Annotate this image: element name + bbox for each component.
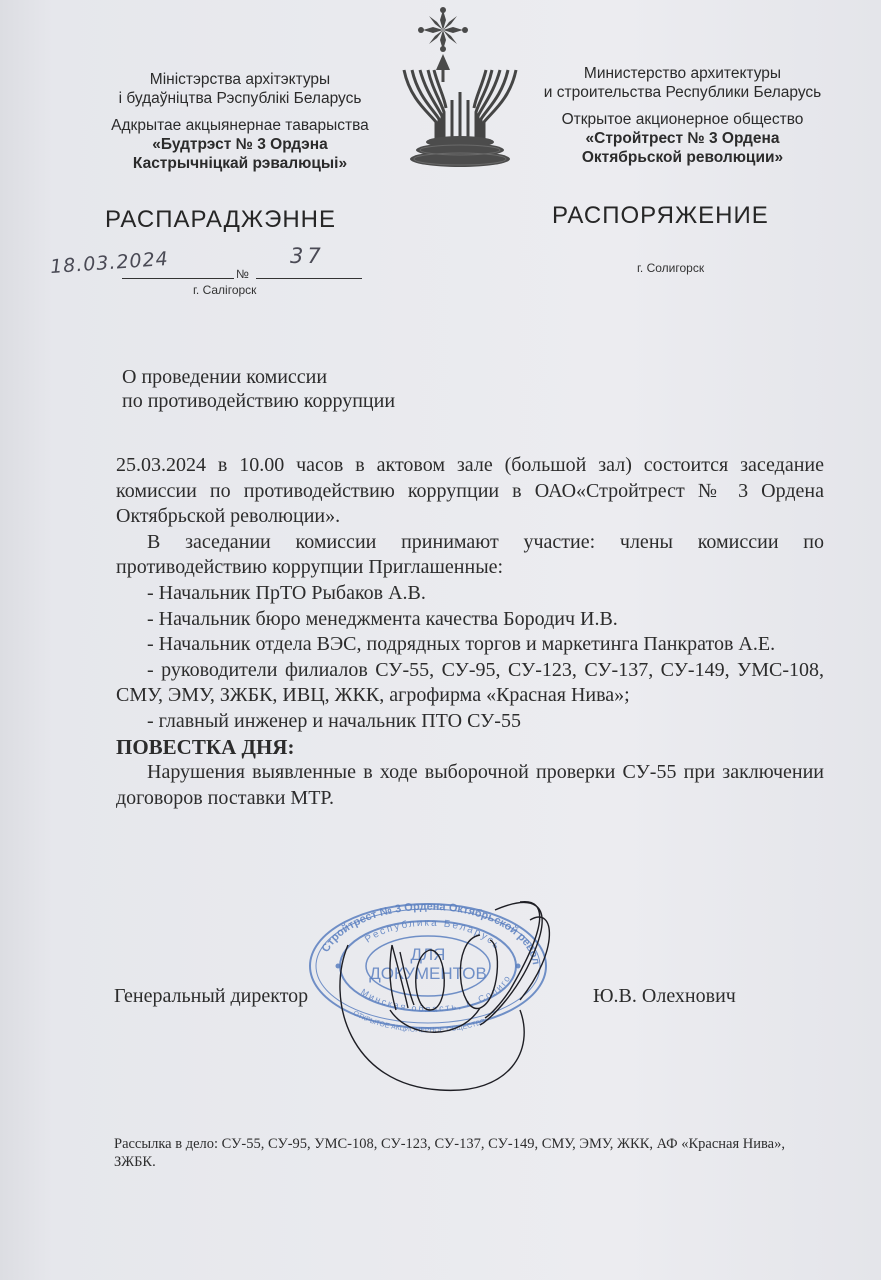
participant-4: - руководители филиалов СУ-55, СУ-95, СУ… — [116, 658, 824, 709]
company-type-ru: Открытое акционерное общество — [510, 110, 855, 129]
number-label: № — [236, 267, 249, 281]
subject-line1: О проведении комиссии — [122, 365, 395, 389]
ministry-line2-ru: и строительства Республики Беларусь — [510, 83, 855, 102]
header-right: Министерство архитектуры и строительства… — [510, 64, 855, 167]
date-underline — [122, 278, 234, 279]
company-name-line1-ru: «Стройтрест № 3 Ордена — [586, 130, 780, 147]
signature-scribble — [330, 890, 570, 1095]
signatory-position: Генеральный директор — [114, 985, 308, 1008]
subject-line2: по противодействию коррупции — [122, 389, 395, 413]
header-left: Міністэрства архітэктуры і будаўніцтва Р… — [70, 70, 410, 173]
agenda-heading: ПОВЕСТКА ДНЯ: — [116, 735, 824, 761]
company-name-line2-ru: Октябрьской революции» — [582, 149, 783, 166]
participant-1: - Начальник ПрТО Рыбаков А.В. — [116, 581, 824, 607]
city-be: г. Салігорск — [193, 283, 256, 297]
distribution-list: Рассылка в дело: СУ-55, СУ-95, УМС-108, … — [114, 1135, 830, 1171]
body-paragraph-2: В заседании комиссии принимают участие: … — [116, 530, 824, 581]
ministry-line1-ru: Министерство архитектуры — [510, 64, 855, 83]
handwritten-date: 18.03.2024 — [49, 248, 169, 278]
agenda-text: Нарушения выявленные в ходе выборочной п… — [116, 760, 824, 811]
number-underline — [256, 278, 362, 279]
participant-2: - Начальник бюро менеджмента качества Бо… — [116, 607, 824, 633]
city-ru: г. Солигорск — [637, 261, 704, 275]
participant-3: - Начальник отдела ВЭС, подрядных торгов… — [116, 632, 824, 658]
document-body: 25.03.2024 в 10.00 часов в актовом зале … — [116, 453, 824, 811]
ministry-line2-be: і будаўніцтва Рэспублікі Беларусь — [70, 89, 410, 108]
handwritten-number: 37 — [290, 244, 325, 268]
ministry-line1-be: Міністэрства архітэктуры — [70, 70, 410, 89]
company-name-line2-be: Кастрычніцкай рэвалюцыі» — [133, 155, 347, 172]
doc-type-be: РАСПАРАДЖЭННЕ — [105, 206, 336, 234]
body-paragraph-1: 25.03.2024 в 10.00 часов в актовом зале … — [116, 453, 824, 530]
doc-type-ru: РАСПОРЯЖЕНИЕ — [552, 202, 769, 230]
company-name-line1-be: «Будтрэст № 3 Ордэна — [152, 136, 327, 153]
signatory-name: Ю.В. Олехнович — [593, 985, 736, 1008]
company-type-be: Адкрытае акцыянернае таварыства — [70, 116, 410, 135]
participant-5: - главный инженер и начальник ПТО СУ-55 — [116, 709, 824, 735]
subject: О проведении комиссии по противодействию… — [122, 365, 395, 413]
